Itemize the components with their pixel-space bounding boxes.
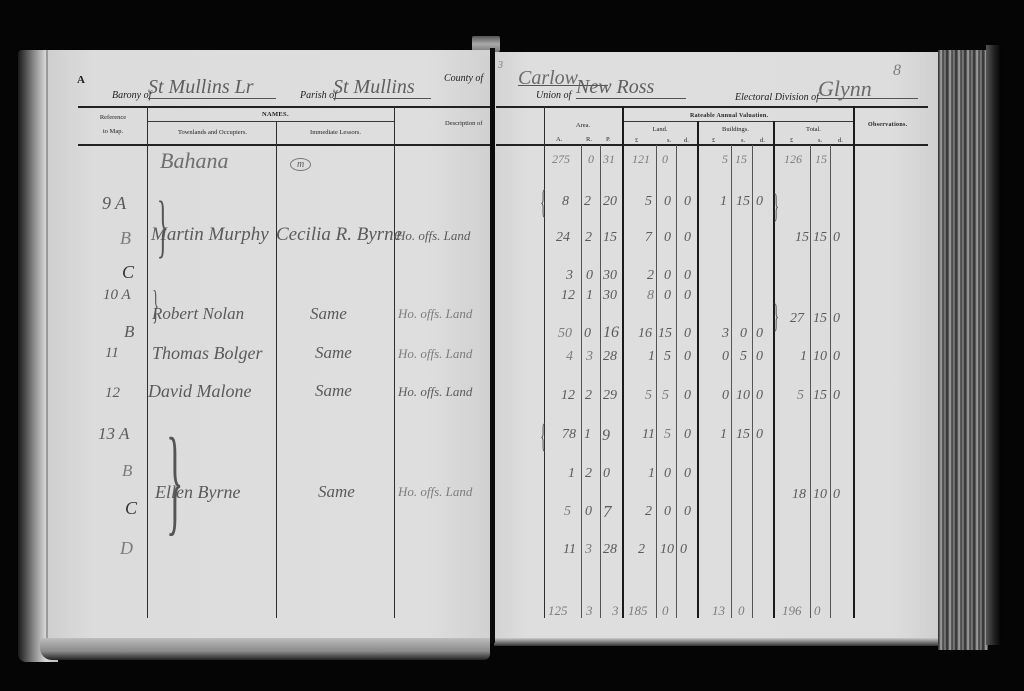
row-area-a: 11 — [563, 542, 576, 558]
row-land-pounds: 2 — [638, 542, 645, 558]
row-area-r: 2 — [585, 466, 592, 482]
row-area-p: 7 — [603, 502, 612, 522]
col-header-names: NAMES. — [262, 111, 289, 118]
row-ref: 9 A — [102, 193, 126, 214]
col-header-total-pounds: £ — [790, 137, 793, 144]
col-header-total-pence: d. — [838, 137, 843, 144]
row-ref: C — [122, 262, 134, 283]
row-buildings-pounds: 1 — [720, 427, 727, 443]
footer-area-a: 125 — [548, 603, 568, 619]
row-area-a: 50 — [558, 326, 572, 342]
col-rule-total-s — [810, 145, 811, 618]
col-header-reference-2: to Map. — [80, 128, 146, 135]
row-land-pounds: 5 — [645, 388, 652, 404]
row-ref: D — [120, 538, 133, 559]
row-buildings-pounds: 1 — [720, 194, 727, 210]
townland-total-shillings: 15 — [815, 152, 827, 167]
row-land-shillings: 0 — [664, 504, 671, 520]
row-land-pounds: 1 — [648, 349, 655, 365]
footer-total-shillings: 0 — [814, 603, 821, 619]
parish-value: St Mullins — [333, 76, 431, 99]
row-total-pounds: 1 — [800, 349, 807, 365]
bracket-area-9: { — [540, 186, 546, 220]
row-land-pounds: 1 — [648, 466, 655, 482]
row-total-pounds: 18 — [792, 487, 806, 503]
row-area-r: 2 — [585, 230, 592, 246]
row-description: Ho. offs. Land — [396, 228, 470, 244]
row-area-p: 9 — [602, 427, 610, 445]
row-lessor: Same — [310, 304, 347, 324]
col-header-area: Area. — [545, 122, 621, 129]
row-land-shillings: 0 — [664, 466, 671, 482]
row-land-pounds: 2 — [645, 504, 652, 520]
row-ref: 11 — [105, 345, 119, 362]
row-ref: 13 A — [98, 424, 129, 444]
book-cover-right-edge — [986, 45, 1002, 645]
row-area-p: 30 — [603, 288, 617, 304]
union-value: New Ross — [576, 76, 686, 99]
row-buildings-shillings: 5 — [740, 349, 747, 365]
row-buildings-shillings: 0 — [740, 326, 747, 342]
townland-area-a: 275 — [552, 152, 570, 167]
col-rule-occupiers — [276, 121, 277, 618]
row-total-shillings: 15 — [813, 388, 827, 404]
row-area-a: 1 — [568, 466, 575, 482]
names-sub-rule — [148, 121, 394, 122]
row-buildings-pence: 0 — [756, 194, 763, 210]
row-area-a: 4 — [566, 349, 573, 365]
row-area-r: 0 — [584, 326, 591, 342]
row-area-p: 0 — [603, 466, 610, 482]
col-rule-buildings-s — [731, 145, 732, 618]
table-top-rule-left — [78, 106, 490, 108]
page-letter: A — [77, 74, 85, 86]
row-lessor: Cecilia R. Byrne — [276, 224, 402, 246]
footer-land-pounds: 185 — [628, 603, 648, 619]
header-bottom-rule-left — [78, 144, 490, 146]
row-buildings-pence: 0 — [756, 326, 763, 342]
footer-total-pounds: 196 — [782, 603, 802, 619]
row-area-p: 28 — [603, 349, 617, 365]
row-area-p: 29 — [603, 388, 617, 404]
row-total-shillings: 10 — [813, 487, 827, 503]
row-land-pence: 0 — [684, 466, 691, 482]
townland-total-pounds: 126 — [784, 152, 802, 167]
row-buildings-shillings: 10 — [736, 388, 750, 404]
row-land-pence: 0 — [680, 542, 687, 558]
col-rule-area-left — [544, 106, 545, 618]
union-label: Union of — [536, 90, 571, 101]
row-description: Ho. offs. Land — [398, 384, 472, 400]
county-label: County of — [444, 73, 483, 84]
row-land-pence: 0 — [684, 504, 691, 520]
townland-land-shillings: 0 — [662, 152, 668, 167]
row-area-r: 3 — [585, 542, 592, 558]
barony-value: St Mullins Lr — [148, 76, 276, 99]
row-land-pence: 0 — [684, 194, 691, 210]
parish-label: Parish of — [300, 90, 337, 101]
row-area-r: 3 — [586, 349, 593, 365]
row-buildings-pence: 0 — [756, 388, 763, 404]
row-land-shillings: 0 — [664, 230, 671, 246]
col-rule-lessors — [394, 106, 395, 618]
row-land-shillings: 10 — [660, 542, 674, 558]
row-land-shillings: 0 — [664, 268, 671, 284]
bracket-10: } — [152, 285, 159, 325]
row-area-r: 0 — [585, 504, 592, 520]
row-area-a: 3 — [566, 268, 573, 284]
col-header-land-pence: d. — [684, 137, 689, 144]
row-area-a: 5 — [564, 504, 571, 520]
row-buildings-shillings: 15 — [736, 427, 750, 443]
row-area-a: 8 — [562, 194, 569, 210]
right-page-bottom-edge — [494, 638, 944, 646]
row-land-pence: 0 — [684, 230, 691, 246]
col-header-buildings-pounds: £ — [712, 137, 715, 144]
row-total-pounds: 5 — [797, 388, 804, 404]
row-total-shillings: 15 — [813, 311, 827, 327]
col-rule-reference — [147, 106, 148, 618]
col-rule-land-s — [656, 145, 657, 618]
row-land-shillings: 5 — [664, 427, 671, 443]
row-occupier: Robert Nolan — [152, 304, 244, 324]
county-number: 3 — [498, 60, 503, 71]
col-header-area-a: A. — [556, 136, 562, 143]
row-land-pence: 0 — [684, 388, 691, 404]
row-area-p: 28 — [603, 542, 617, 558]
row-area-r: 2 — [585, 388, 592, 404]
row-ref: 10 A — [103, 287, 131, 304]
townland-name: Bahana — [160, 148, 228, 174]
row-land-pence: 0 — [684, 268, 691, 284]
valuation-sub-rule — [623, 121, 855, 122]
col-rule-buildings-left — [697, 121, 699, 618]
row-lessor: Same — [315, 343, 352, 363]
row-area-r: 1 — [586, 288, 593, 304]
col-header-immediate-lessors: Immediate Lessors. — [278, 129, 393, 136]
row-total-pence: 0 — [833, 487, 840, 503]
townland-area-p: 31 — [603, 152, 615, 167]
row-land-pounds: 8 — [647, 288, 654, 304]
bracket-area-13: { — [540, 420, 546, 454]
col-header-observations: Observations. — [868, 122, 907, 128]
row-total-pence: 0 — [833, 311, 840, 327]
col-header-buildings-shillings: s. — [741, 137, 745, 144]
row-area-a: 12 — [561, 388, 575, 404]
row-occupier: David Malone — [148, 381, 251, 402]
row-ref: B — [124, 322, 134, 342]
row-land-shillings: 0 — [664, 194, 671, 210]
row-area-r: 2 — [584, 194, 591, 210]
row-buildings-pounds: 0 — [722, 349, 729, 365]
col-rule-area-p — [600, 145, 601, 618]
row-buildings-pence: 0 — [756, 349, 763, 365]
col-header-rateable-valuation: Rateable Annual Valuation. — [690, 113, 768, 119]
row-description: Ho. offs. Land — [398, 346, 472, 362]
col-rule-land-left — [622, 106, 624, 618]
col-rule-area-r — [581, 145, 582, 618]
page-stack-edge — [938, 50, 988, 650]
row-land-pounds: 7 — [645, 230, 652, 246]
row-land-pence: 0 — [684, 326, 691, 342]
row-land-pounds: 11 — [642, 427, 655, 443]
col-header-total: Total. — [775, 126, 852, 133]
col-header-land-shillings: s. — [667, 137, 671, 144]
col-header-land: Land. — [624, 126, 696, 133]
row-lessor: Same — [318, 482, 355, 502]
row-land-shillings: 15 — [658, 326, 672, 342]
row-land-pounds: 2 — [647, 268, 654, 284]
row-total-shillings: 10 — [813, 349, 827, 365]
book-spine-gutter — [490, 48, 495, 643]
footer-land-shillings: 0 — [662, 603, 669, 619]
electoral-division-label: Electoral Division of — [735, 92, 819, 103]
row-land-pence: 0 — [684, 349, 691, 365]
row-ref: 12 — [105, 385, 120, 402]
col-rule-land-d — [676, 145, 677, 618]
col-header-townlands-occupiers: Townlands and Occupiers. — [150, 129, 275, 136]
col-header-buildings-pence: d. — [760, 137, 765, 144]
row-area-a: 78 — [562, 427, 576, 443]
col-rule-observations-left — [853, 106, 855, 618]
row-ref: B — [122, 461, 132, 481]
row-buildings-shillings: 15 — [736, 194, 750, 210]
row-area-p: 16 — [603, 324, 619, 342]
table-top-rule-right — [496, 106, 928, 108]
row-total-shillings: 15 — [813, 230, 827, 246]
row-buildings-pence: 0 — [756, 427, 763, 443]
col-header-total-shillings: s. — [818, 137, 822, 144]
row-land-pounds: 16 — [638, 326, 652, 342]
bracket-total-10: } — [773, 300, 779, 334]
row-land-pence: 0 — [684, 288, 691, 304]
col-rule-total-d — [830, 145, 831, 618]
bracket-13: } — [166, 420, 183, 540]
row-area-a: 12 — [561, 288, 575, 304]
row-land-shillings: 0 — [664, 288, 671, 304]
townland-land-pounds: 121 — [632, 152, 650, 167]
header-bottom-rule-right — [496, 144, 928, 146]
row-buildings-pounds: 0 — [722, 388, 729, 404]
row-ref: B — [120, 228, 131, 249]
townland-buildings-shillings: 15 — [735, 152, 747, 167]
row-area-p: 15 — [603, 230, 617, 246]
col-header-buildings: Buildings. — [699, 126, 772, 133]
row-ref: C — [125, 498, 137, 519]
footer-buildings-shillings: 0 — [738, 603, 745, 619]
row-total-pounds: 27 — [790, 311, 804, 327]
bracket-9: } — [157, 192, 169, 262]
left-page-bottom-edge — [40, 638, 490, 660]
row-area-p: 30 — [603, 268, 617, 284]
footer-buildings-pounds: 13 — [712, 603, 725, 619]
townland-buildings-pounds: 5 — [722, 152, 728, 167]
row-land-pence: 0 — [684, 427, 691, 443]
col-header-land-pounds: £ — [635, 137, 638, 144]
row-total-pence: 0 — [833, 388, 840, 404]
col-rule-buildings-d — [752, 145, 753, 618]
col-header-area-p: P. — [606, 136, 611, 143]
row-description: Ho. offs. Land — [398, 306, 472, 322]
col-header-description: Description of — [445, 120, 482, 127]
row-lessor: Same — [315, 381, 352, 401]
footer-area-p: 3 — [612, 603, 619, 619]
row-total-pence: 0 — [833, 349, 840, 365]
bracket-total-9: } — [773, 190, 779, 224]
row-area-p: 20 — [603, 194, 617, 210]
row-total-pounds: 15 — [795, 230, 809, 246]
col-header-reference-1: Reference — [80, 114, 146, 121]
row-area-r: 0 — [586, 268, 593, 284]
row-occupier: Thomas Bolger — [152, 343, 263, 364]
barony-label: Barony of — [112, 90, 151, 101]
page-number: 8 — [893, 62, 901, 80]
row-total-pence: 0 — [833, 230, 840, 246]
row-area-a: 24 — [556, 230, 570, 246]
row-description: Ho. offs. Land — [398, 484, 472, 500]
footer-area-r: 3 — [586, 603, 593, 619]
row-land-shillings: 5 — [664, 349, 671, 365]
electoral-division-value: Glynn — [818, 76, 918, 99]
townland-area-r: 0 — [588, 152, 594, 167]
col-header-area-r: R. — [586, 136, 592, 143]
row-buildings-pounds: 3 — [722, 326, 729, 342]
row-land-shillings: 5 — [662, 388, 669, 404]
row-land-pounds: 5 — [645, 194, 652, 210]
row-area-r: 1 — [584, 427, 591, 443]
